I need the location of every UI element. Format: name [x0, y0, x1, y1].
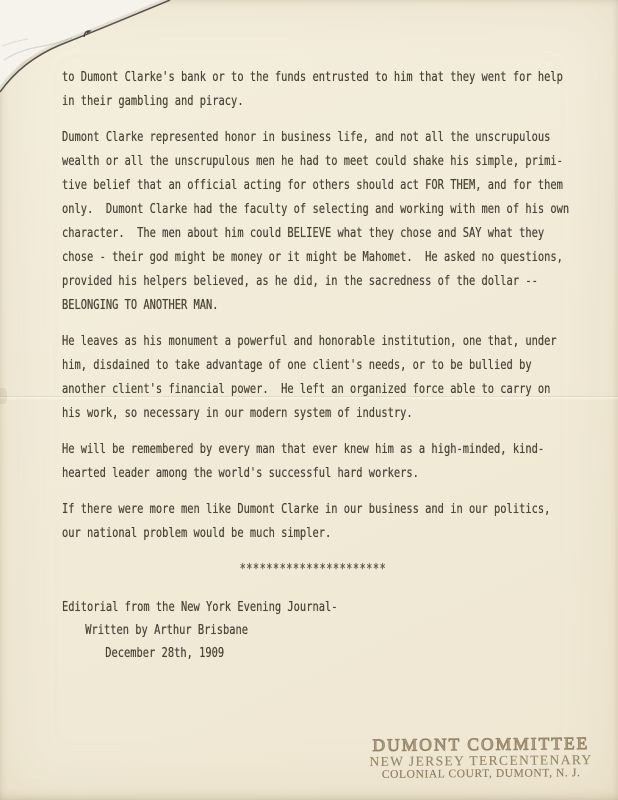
paragraph: to Dumont Clarke's bank or to the funds … [62, 66, 590, 114]
attribution-date: December 28th, 1909 [105, 642, 590, 665]
attribution-block: Editorial from the New York Evening Jour… [62, 596, 590, 665]
text-line: to Dumont Clarke's bank or to the funds … [62, 66, 590, 90]
stamp-address: COLONIAL COURT, DUMONT, N. J. [368, 767, 594, 782]
attribution-author: Written by Arthur Brisbane [85, 619, 590, 642]
stamp-committee-name: DUMONT COMMITTEE [368, 735, 594, 754]
attribution-source: Editorial from the New York Evening Jour… [62, 596, 590, 619]
paragraph: He leaves as his monument a powerful and… [62, 330, 590, 426]
paragraph: He will be remembered by every man that … [62, 438, 590, 486]
text-line: another client's financial power. He lef… [62, 378, 590, 402]
text-line: our national problem would be much simpl… [62, 522, 590, 546]
text-line: BELONGING TO ANOTHER MAN. [62, 294, 590, 318]
text-line: If there were more men like Dumont Clark… [62, 498, 590, 522]
paragraph: If there were more men like Dumont Clark… [62, 498, 590, 546]
crease-edge-notch [0, 388, 7, 404]
document-text: to Dumont Clarke's bank or to the funds … [62, 66, 590, 665]
text-line: provided his helpers believed, as he did… [62, 270, 590, 294]
text-line: He leaves as his monument a powerful and… [62, 330, 590, 354]
scanned-document-page: to Dumont Clarke's bank or to the funds … [0, 0, 618, 800]
committee-stamp: DUMONT COMMITTEE NEW JERSEY TERCENTENARY… [368, 735, 594, 782]
text-line: Dumont Clarke represented honor in busin… [62, 126, 590, 150]
text-line: in their gambling and piracy. [62, 90, 590, 114]
asterisk-separator: ********************** [240, 558, 590, 582]
text-line: his work, so necessary in our modern sys… [62, 402, 590, 426]
text-line: character. The men about him could BELIE… [62, 222, 590, 246]
text-line: tive belief that an official acting for … [62, 174, 590, 198]
text-line: only. Dumont Clarke had the faculty of s… [62, 198, 590, 222]
text-line: him, disdained to take advantage of one … [62, 354, 590, 378]
text-line: hearted leader among the world's success… [62, 462, 590, 486]
text-line: wealth or all the unscrupulous men he ha… [62, 150, 590, 174]
paragraph: Dumont Clarke represented honor in busin… [62, 126, 590, 318]
text-line: He will be remembered by every man that … [62, 438, 590, 462]
text-line: chose - their god might be money or it m… [62, 246, 590, 270]
